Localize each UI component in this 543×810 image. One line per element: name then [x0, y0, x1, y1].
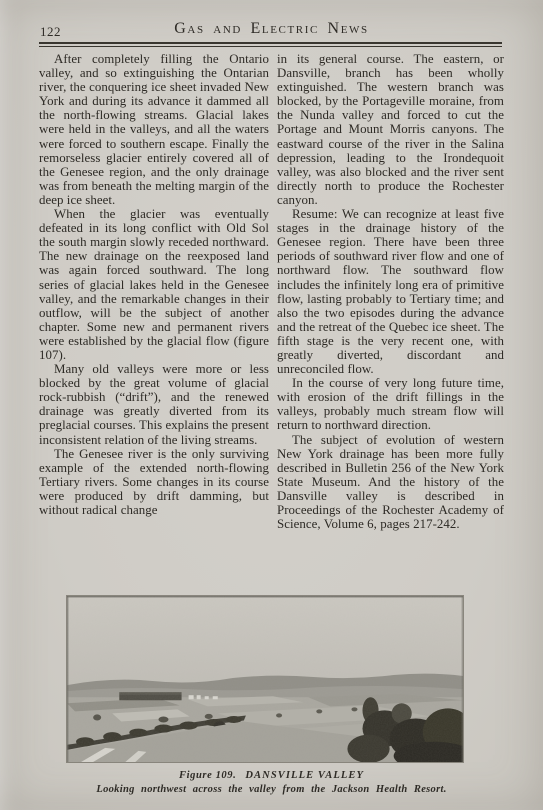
paragraph-continuation: in its general course. The eastern, or D… [277, 52, 504, 207]
figure-caption-subtitle: Looking northwest across the valley from… [0, 783, 543, 796]
figure-caption-title: Figure 109.DANSVILLE VALLEY [0, 769, 543, 782]
figure-caption: Figure 109.DANSVILLE VALLEY Looking nort… [0, 769, 543, 796]
figure-109 [67, 596, 463, 762]
right-column: in its general course. The eastern, or D… [277, 52, 504, 531]
journal-title: Gas and Electric News [0, 20, 543, 38]
figure-number: Figure 109. [179, 770, 236, 781]
paragraph: The subject of evolution of western New … [277, 433, 504, 532]
paragraph: Many old valleys were more or less block… [39, 362, 269, 447]
header-double-rule [39, 42, 502, 47]
paragraph: When the glacier was eventually defeated… [39, 207, 269, 362]
scanned-page: 122 Gas and Electric News After complete… [0, 0, 543, 810]
figure-title: DANSVILLE VALLEY [245, 770, 364, 781]
paragraph: In the course of very long future time, … [277, 376, 504, 432]
paragraph: After completely filling the Ontario val… [39, 52, 269, 207]
left-column: After completely filling the Ontario val… [39, 52, 269, 517]
paragraph: The Genesee river is the only surviving … [39, 447, 269, 517]
valley-photograph [67, 596, 463, 762]
paragraph: Resume: We can recognize at least five s… [277, 207, 504, 376]
